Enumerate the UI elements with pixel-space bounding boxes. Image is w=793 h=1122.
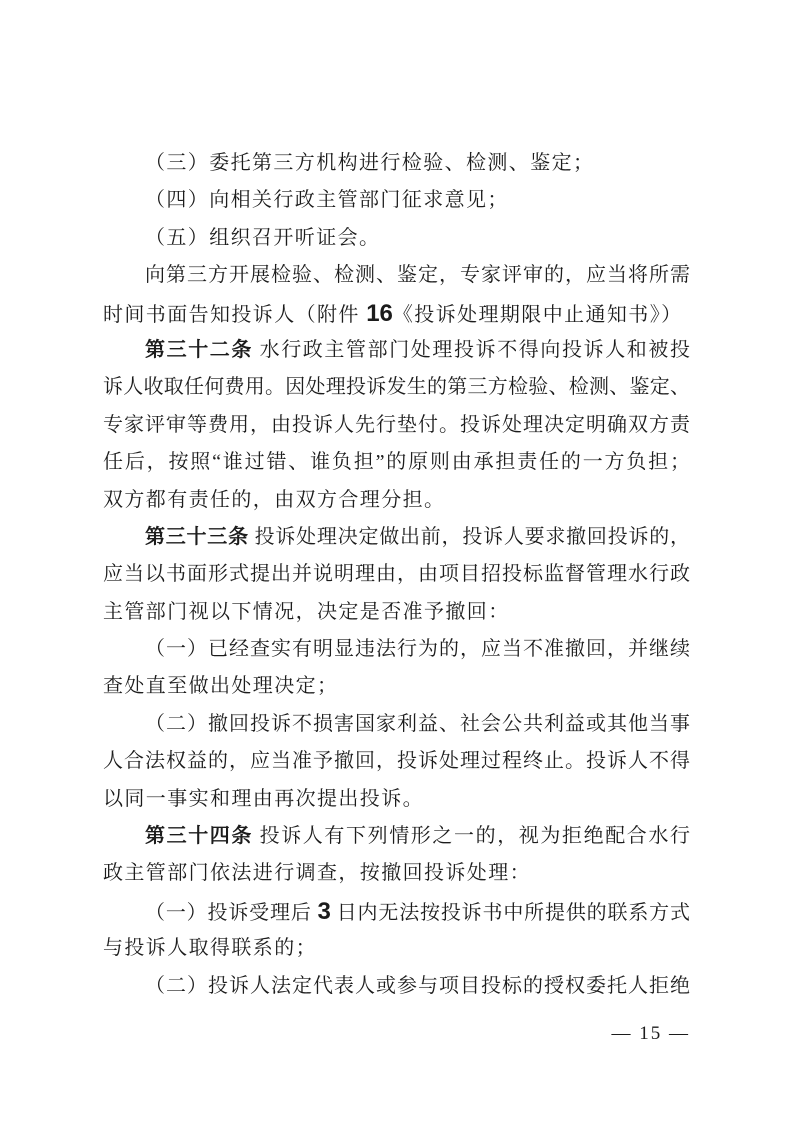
text-line: 人合法权益的，应当准予撤回，投诉处理过程终止。投诉人不得 [103, 743, 690, 780]
text-line: （一）投诉受理后 3 日内无法按投诉书中所提供的联系方式 [103, 893, 690, 930]
text-line: 第三十四条 投诉人有下列情形之一的，视为拒绝配合水行 [103, 818, 690, 855]
line-text: 投诉处理决定做出前，投诉人要求撤回投诉的， [249, 526, 690, 548]
text-line: （二）撤回投诉不损害国家利益、社会公共利益或其他当事 [103, 706, 690, 743]
article-number: 第三十二条 [145, 339, 253, 361]
text-line: 任后，按照“谁过错、谁负担”的原则由承担责任的一方负担； [103, 444, 690, 481]
text-line: 第三十三条 投诉处理决定做出前，投诉人要求撤回投诉的， [103, 519, 690, 556]
text-line: 政主管部门依法进行调查，按撤回投诉处理： [103, 855, 690, 892]
line-text: 水行政主管部门处理投诉不得向投诉人和被投 [253, 339, 690, 361]
line-text: 日内无法按投诉书中所提供的联系方式 [331, 902, 690, 924]
text-line: 诉人收取任何费用。因处理投诉发生的第三方检验、检测、鉴定、 [103, 369, 690, 406]
text-line: 专家评审等费用，由投诉人先行垫付。投诉处理决定明确双方责 [103, 407, 690, 444]
text-line: 双方都有责任的，由双方合理分担。 [103, 482, 690, 519]
text-line: （五）组织召开听证会。 [103, 220, 690, 257]
text-line: 与投诉人取得联系的； [103, 930, 690, 967]
text-line: 向第三方开展检验、检测、鉴定，专家评审的，应当将所需 [103, 257, 690, 294]
text-line: 以同一事实和理由再次提出投诉。 [103, 781, 690, 818]
inline-number: 3 [318, 898, 331, 925]
page-number: — 15 — [612, 1023, 691, 1044]
line-text: 投诉人有下列情形之一的，视为拒绝配合水行 [253, 825, 690, 847]
text-line: （四）向相关行政主管部门征求意见； [103, 182, 690, 219]
article-number: 第三十四条 [145, 825, 253, 847]
text-line: 第三十二条 水行政主管部门处理投诉不得向投诉人和被投 [103, 332, 690, 369]
text-line: 应当以书面形式提出并说明理由，由项目招投标监督管理水行政 [103, 556, 690, 593]
document-body: （三）委托第三方机构进行检验、检测、鉴定； （四）向相关行政主管部门征求意见； … [103, 145, 690, 1005]
line-text: （一）投诉受理后 [145, 902, 318, 924]
text-line: 主管部门视以下情况，决定是否准予撤回： [103, 594, 690, 631]
article-number: 第三十三条 [145, 526, 249, 548]
text-line: （二）投诉人法定代表人或参与项目投标的授权委托人拒绝 [103, 968, 690, 1005]
text-line: 查处直至做出处理决定； [103, 668, 690, 705]
text-line: （一）已经查实有明显违法行为的，应当不准撤回，并继续 [103, 631, 690, 668]
line-text: 时间书面告知投诉人（附件 [103, 304, 366, 326]
text-line: （三）委托第三方机构进行检验、检测、鉴定； [103, 145, 690, 182]
line-text: 《投诉处理期限中止通知书》） [393, 304, 683, 326]
text-line: 时间书面告知投诉人（附件 16《投诉处理期限中止通知书》） [103, 295, 690, 332]
page-footer: — 15 — [612, 1020, 691, 1048]
document-page: （三）委托第三方机构进行检验、检测、鉴定； （四）向相关行政主管部门征求意见； … [0, 0, 793, 1122]
inline-number: 16 [366, 300, 393, 327]
